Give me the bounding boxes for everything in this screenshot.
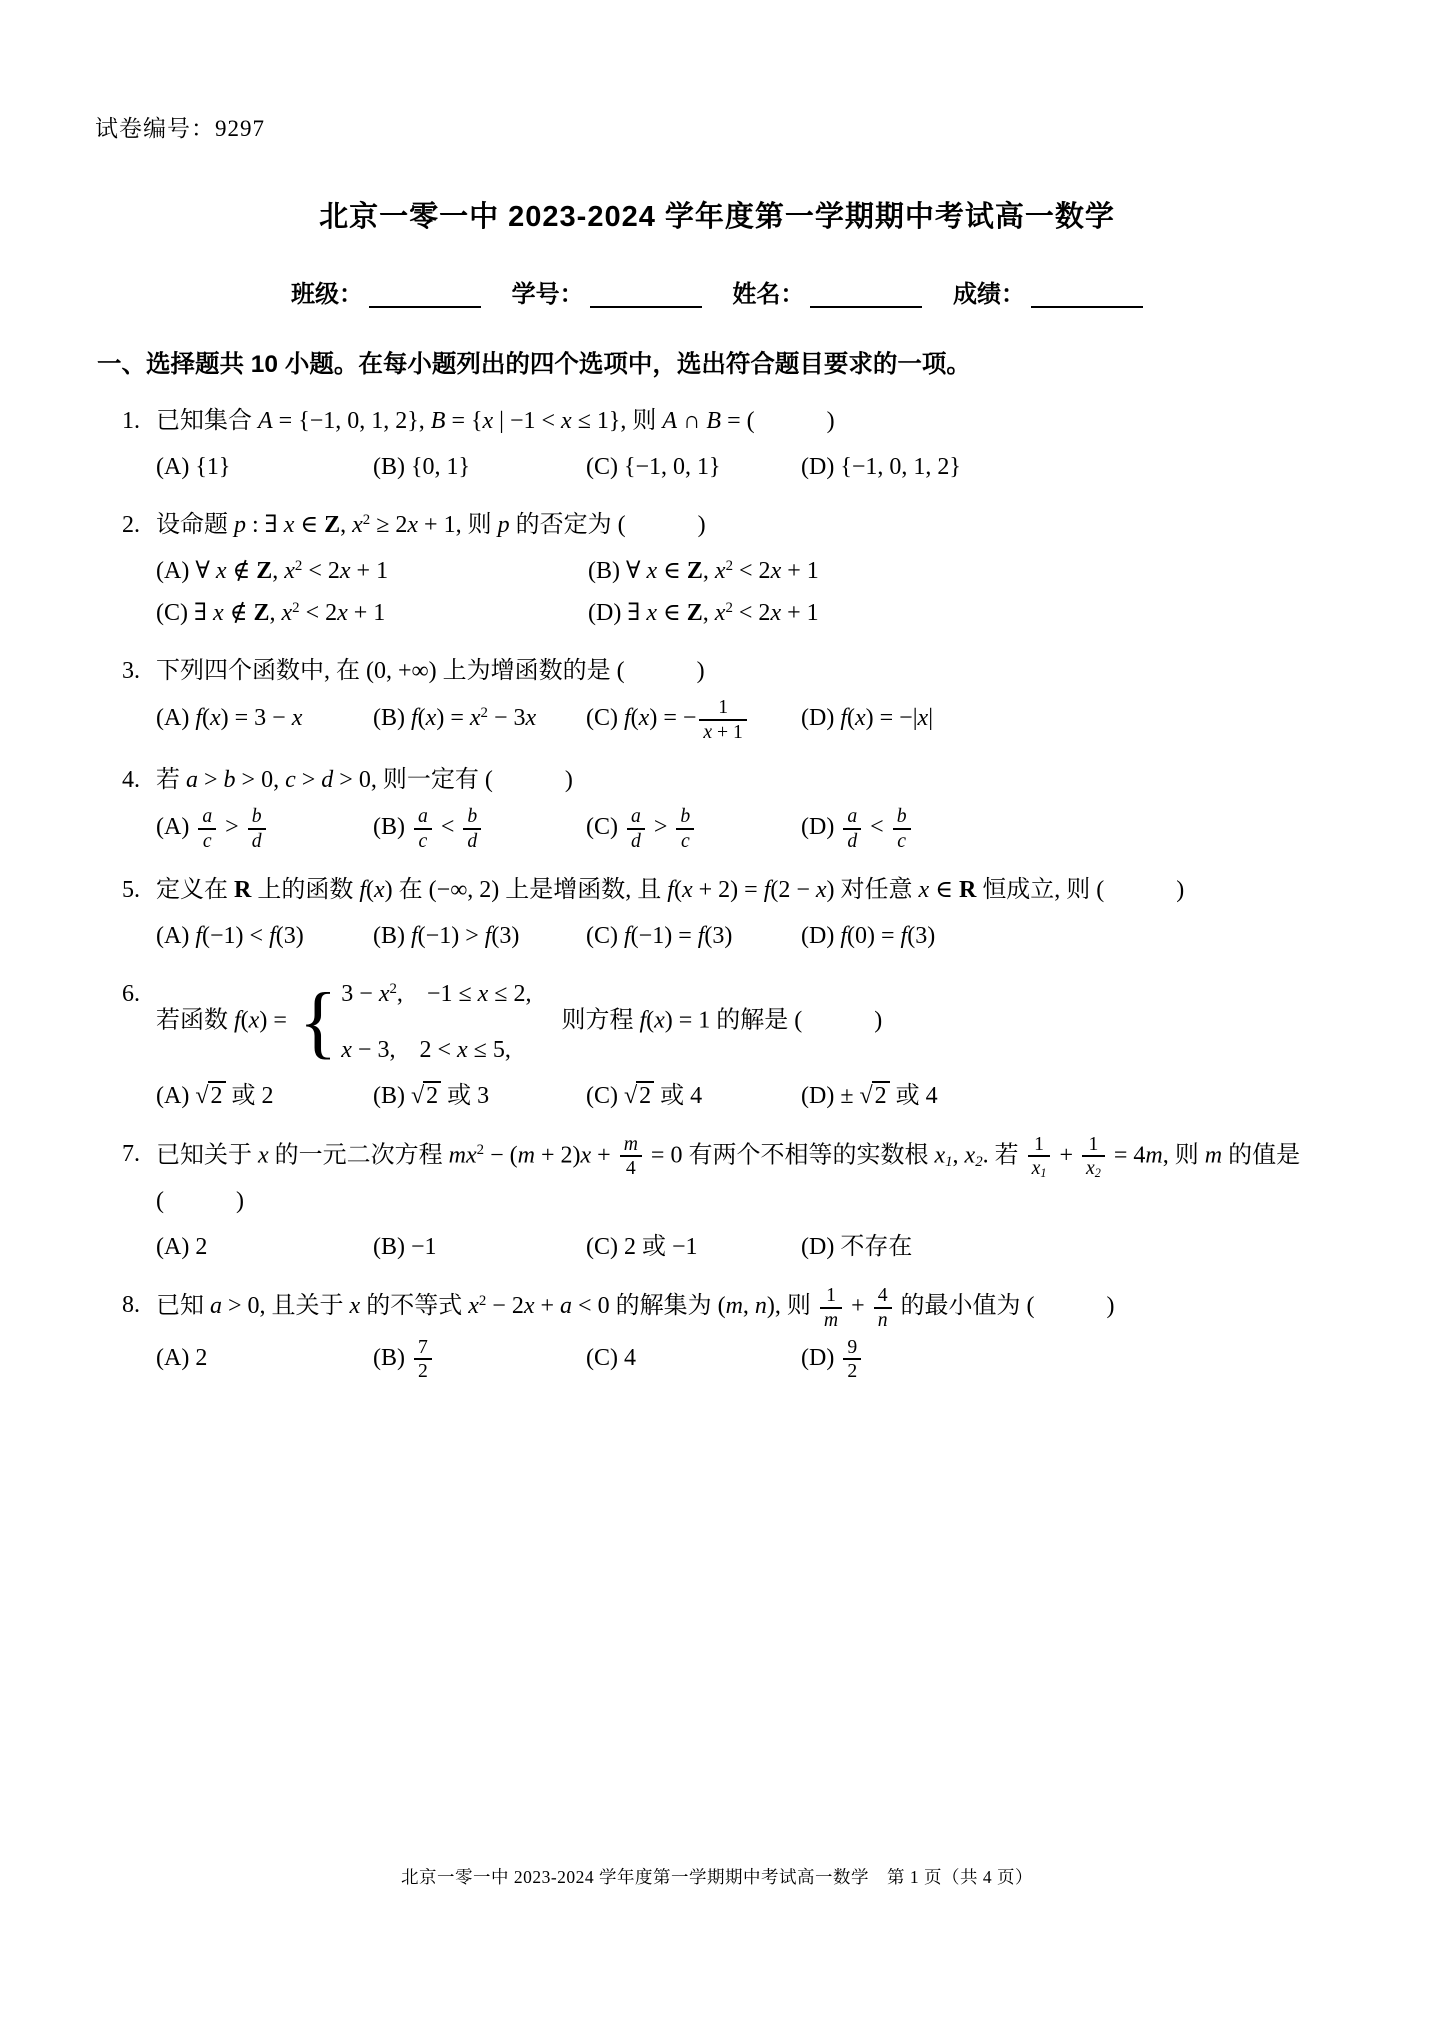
info-blank	[1031, 306, 1143, 308]
option-label: (C)	[586, 923, 618, 949]
info-field-student-id: 学号：	[512, 281, 702, 308]
option-label: (C)	[586, 1345, 618, 1371]
options-row: (A)2(B)72(C)4(D)92	[156, 1336, 1350, 1383]
question-1: 1.已知集合 A = {−1, 0, 1, 2}, B = {x | −1 < …	[122, 400, 1350, 488]
option-C: (C)4	[586, 1337, 801, 1379]
option-label: (A)	[156, 558, 189, 584]
fraction: bc	[893, 805, 911, 852]
fraction: ac	[198, 805, 216, 852]
question-2: 2.设命题 p : ∃ x ∈ Z, x2 ≥ 2x + 1, 则 p 的否定为…	[122, 504, 1350, 634]
options-row: (A)2(B)−1(C)2 或 −1(D)不存在	[156, 1226, 1350, 1268]
option-D: (D){−1, 0, 1, 2}	[801, 446, 1350, 488]
question-number: 6.	[122, 973, 156, 1117]
options-row: (A)∀ x ∉ Z, x2 < 2x + 1(B)∀ x ∈ Z, x2 < …	[156, 550, 1350, 634]
question-stem: 已知关于 x 的一元二次方程 mx2 − (m + 2)x + m4 = 0 有…	[156, 1133, 1350, 1223]
options-row: (A)f(−1) < f(3)(B)f(−1) > f(3)(C)f(−1) =…	[156, 915, 1350, 957]
option-B: (B)ac < bd	[373, 805, 586, 852]
radical: √2	[411, 1075, 441, 1117]
option-D: (D)f(0) = f(3)	[801, 915, 1350, 957]
option-C: (C)f(−1) = f(3)	[586, 915, 801, 957]
option-C: (C)∃ x ∉ Z, x2 < 2x + 1	[156, 592, 588, 634]
option-label: (B)	[373, 814, 405, 840]
question-number: 5.	[122, 869, 156, 957]
question-stem: 已知 a > 0, 且关于 x 的不等式 x2 − 2x + a < 0 的解集…	[156, 1284, 1350, 1331]
info-field-score: 成绩：	[953, 281, 1143, 308]
radical: √2	[860, 1075, 890, 1117]
fraction: 72	[414, 1336, 432, 1383]
info-blank	[369, 306, 481, 308]
option-label: (D)	[801, 705, 834, 731]
option-B: (B)f(−1) > f(3)	[373, 915, 586, 957]
info-field-name: 姓名：	[732, 281, 922, 308]
info-label: 姓名：	[732, 281, 804, 308]
options-row: (A)√2 或 2(B)√2 或 3(C)√2 或 4(D)± √2 或 4	[156, 1075, 1350, 1117]
question-number: 2.	[122, 504, 156, 634]
option-B: (B)∀ x ∈ Z, x2 < 2x + 1	[588, 550, 1350, 592]
option-label: (B)	[588, 558, 620, 584]
option-label: (B)	[373, 1234, 405, 1260]
option-label: (D)	[801, 1234, 834, 1260]
question-stem: 已知集合 A = {−1, 0, 1, 2}, B = {x | −1 < x …	[156, 400, 1350, 442]
fraction: ad	[843, 805, 861, 852]
question-7: 7.已知关于 x 的一元二次方程 mx2 − (m + 2)x + m4 = 0…	[122, 1133, 1350, 1269]
option-label: (C)	[586, 705, 618, 731]
option-D: (D)f(x) = −|x|	[801, 697, 1350, 739]
option-D: (D)不存在	[801, 1226, 1350, 1268]
option-label: (C)	[586, 454, 618, 480]
exam-title: 北京一零一中 2023-2024 学年度第一学期期中考试高一数学	[0, 194, 1434, 235]
question-4: 4.若 a > b > 0, c > d > 0, 则一定有 ( )(A)ac …	[122, 759, 1350, 852]
option-label: (D)	[801, 1345, 834, 1371]
info-blank	[590, 306, 702, 308]
option-A: (A)f(x) = 3 − x	[156, 697, 373, 739]
option-label: (D)	[801, 1083, 834, 1109]
option-B: (B)−1	[373, 1226, 586, 1268]
question-list: 1.已知集合 A = {−1, 0, 1, 2}, B = {x | −1 < …	[122, 400, 1350, 1399]
options-row: (A){1}(B){0, 1}(C){−1, 0, 1}(D){−1, 0, 1…	[156, 446, 1350, 488]
question-stem: 设命题 p : ∃ x ∈ Z, x2 ≥ 2x + 1, 则 p 的否定为 (…	[156, 504, 1350, 546]
option-label: (C)	[156, 600, 188, 626]
radical: √2	[624, 1075, 654, 1117]
fraction: m4	[620, 1133, 642, 1180]
fraction: bd	[248, 805, 266, 852]
fraction: bc	[676, 805, 694, 852]
options-row: (A)ac > bd(B)ac < bd(C)ad > bc(D)ad < bc	[156, 805, 1350, 852]
option-label: (A)	[156, 1234, 189, 1260]
option-C: (C)√2 或 4	[586, 1075, 801, 1117]
fraction: 92	[843, 1336, 861, 1383]
option-label: (D)	[801, 454, 834, 480]
info-label: 班级：	[291, 281, 363, 308]
option-label: (B)	[373, 923, 405, 949]
option-D: (D)∃ x ∈ Z, x2 < 2x + 1	[588, 592, 1350, 634]
info-field-class: 班级：	[291, 281, 481, 308]
option-C: (C)f(x) = −1x + 1	[586, 696, 801, 743]
option-label: (D)	[588, 600, 621, 626]
paper-number: 试卷编号：9297	[95, 110, 265, 143]
option-label: (B)	[373, 705, 405, 731]
option-label: (C)	[586, 1083, 618, 1109]
option-A: (A)∀ x ∉ Z, x2 < 2x + 1	[156, 550, 588, 592]
question-6: 6.若函数 f(x) = {3 − x2, −1 ≤ x ≤ 2,x − 3, …	[122, 973, 1350, 1117]
question-8: 8.已知 a > 0, 且关于 x 的不等式 x2 − 2x + a < 0 的…	[122, 1284, 1350, 1383]
option-A: (A)√2 或 2	[156, 1075, 373, 1117]
fraction: ad	[627, 805, 645, 852]
options-row: (A)f(x) = 3 − x(B)f(x) = x2 − 3x(C)f(x) …	[156, 696, 1350, 743]
option-label: (C)	[586, 814, 618, 840]
option-B: (B)72	[373, 1336, 586, 1383]
question-stem: 定义在 R 上的函数 f(x) 在 (−∞, 2) 上是增函数, 且 f(x +…	[156, 869, 1350, 911]
option-label: (C)	[586, 1234, 618, 1260]
student-info-row: 班级： 学号： 姓名： 成绩：	[0, 274, 1434, 309]
option-D: (D)92	[801, 1336, 1350, 1383]
option-C: (C)2 或 −1	[586, 1226, 801, 1268]
question-number: 4.	[122, 759, 156, 852]
option-C: (C){−1, 0, 1}	[586, 446, 801, 488]
option-A: (A)2	[156, 1337, 373, 1379]
option-D: (D)ad < bc	[801, 805, 1350, 852]
option-label: (A)	[156, 1083, 189, 1109]
exam-page: 试卷编号：9297 北京一零一中 2023-2024 学年度第一学期期中考试高一…	[0, 0, 1434, 2024]
option-A: (A)ac > bd	[156, 805, 373, 852]
option-label: (A)	[156, 705, 189, 731]
option-A: (A)2	[156, 1226, 373, 1268]
question-3: 3.下列四个函数中, 在 (0, +∞) 上为增函数的是 ( )(A)f(x) …	[122, 650, 1350, 743]
fraction: 4n	[874, 1284, 892, 1331]
option-D: (D)± √2 或 4	[801, 1075, 1350, 1117]
fraction: ac	[414, 805, 432, 852]
option-label: (B)	[373, 1345, 405, 1371]
question-stem: 若 a > b > 0, c > d > 0, 则一定有 ( )	[156, 759, 1350, 801]
option-C: (C)ad > bc	[586, 805, 801, 852]
option-A: (A)f(−1) < f(3)	[156, 915, 373, 957]
info-blank	[810, 306, 922, 308]
question-number: 3.	[122, 650, 156, 743]
question-stem: 若函数 f(x) = {3 − x2, −1 ≤ x ≤ 2,x − 3, 2 …	[156, 973, 1350, 1071]
option-label: (A)	[156, 1345, 189, 1371]
question-number: 1.	[122, 400, 156, 488]
info-label: 成绩：	[953, 281, 1025, 308]
question-number: 8.	[122, 1284, 156, 1383]
fraction: 1x + 1	[699, 696, 747, 743]
piecewise-brace: {3 − x2, −1 ≤ x ≤ 2,x − 3, 2 < x ≤ 5,	[299, 973, 532, 1071]
info-label: 学号：	[512, 281, 584, 308]
page-footer: 北京一零一中 2023-2024 学年度第一学期期中考试高一数学 第 1 页（共…	[0, 1864, 1434, 1889]
option-B: (B)√2 或 3	[373, 1075, 586, 1117]
question-stem: 下列四个函数中, 在 (0, +∞) 上为增函数的是 ( )	[156, 650, 1350, 692]
option-label: (B)	[373, 1083, 405, 1109]
fraction: bd	[463, 805, 481, 852]
question-number: 7.	[122, 1133, 156, 1269]
option-B: (B){0, 1}	[373, 446, 586, 488]
option-label: (D)	[801, 814, 834, 840]
option-label: (A)	[156, 454, 189, 480]
option-B: (B)f(x) = x2 − 3x	[373, 697, 586, 739]
option-label: (D)	[801, 923, 834, 949]
option-A: (A){1}	[156, 446, 373, 488]
fraction: 1x1	[1028, 1133, 1051, 1181]
section-heading: 一、选择题共 10 小题。在每小题列出的四个选项中，选出符合题目要求的一项。	[97, 345, 1384, 380]
option-label: (A)	[156, 923, 189, 949]
option-label: (A)	[156, 814, 189, 840]
question-5: 5.定义在 R 上的函数 f(x) 在 (−∞, 2) 上是增函数, 且 f(x…	[122, 869, 1350, 957]
radical: √2	[195, 1075, 225, 1117]
fraction: 1m	[820, 1284, 842, 1331]
fraction: 1x2	[1082, 1133, 1105, 1181]
option-label: (B)	[373, 454, 405, 480]
